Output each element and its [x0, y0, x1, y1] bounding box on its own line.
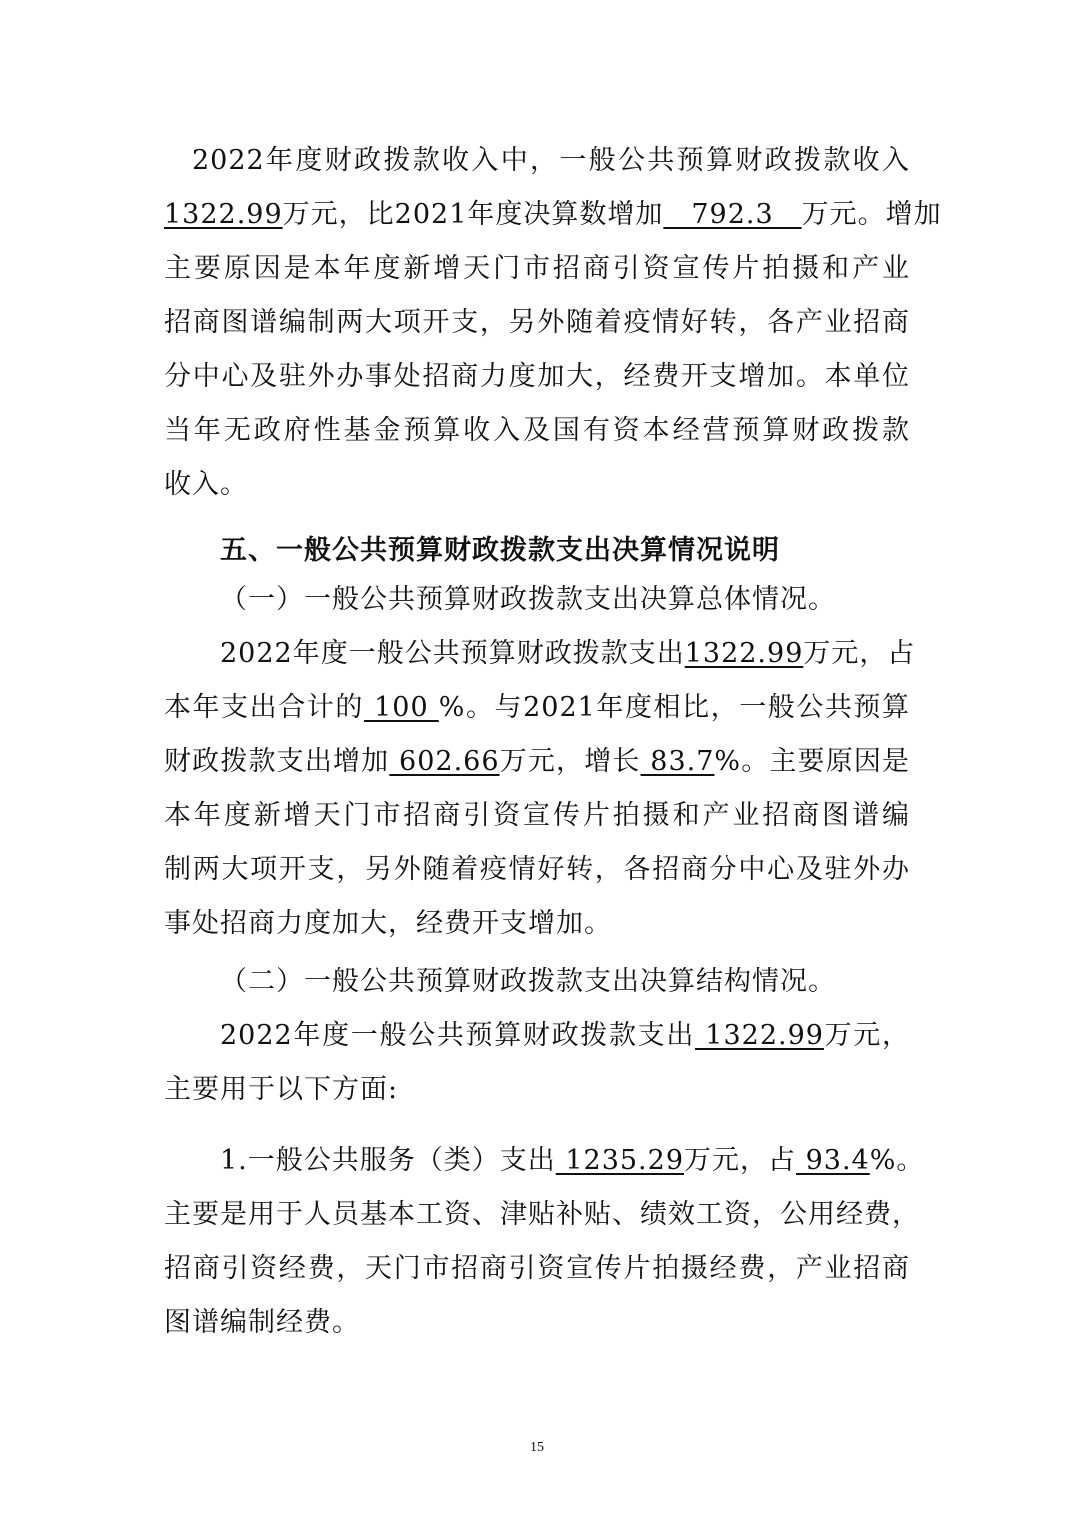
- text: 主要用于以下方面:: [164, 1074, 398, 1105]
- paragraph-line: 本年度新增天门市招商引资宣传片拍摄和产业招商图谱编: [164, 796, 910, 836]
- text: 2022年度一般公共预算财政拨款支出: [220, 1020, 695, 1051]
- paragraph-line: 2022年度财政拨款收入中，一般公共预算财政拨款收入: [164, 141, 910, 181]
- text: 1.一般公共服务（类）支出: [220, 1145, 556, 1176]
- underlined-amount: 1322.99: [695, 1020, 824, 1051]
- text: 万元。增加: [802, 199, 942, 230]
- section-heading: 五、一般公共预算财政拨款支出决算情况说明: [220, 531, 840, 571]
- paragraph-line: 制两大项开支，另外随着疫情好转，各招商分中心及驻外办: [164, 850, 910, 890]
- list-item-line: 招商引资经费，天门市招商引资宣传片拍摄经费，产业招商: [164, 1249, 910, 1289]
- subsection-heading: （二）一般公共预算财政拨款支出决算结构情况。: [220, 962, 860, 1002]
- underlined-amount: 1322.99: [685, 638, 804, 669]
- text: 万元，占: [684, 1145, 796, 1176]
- text: 招商图谱编制两大项开支，另外随着疫情好转，各产业招商: [164, 307, 910, 338]
- text: 万元，比2021年度决算数增加: [283, 199, 664, 230]
- text: 财政拨款支出增加: [164, 746, 389, 777]
- paragraph-line: 收入。: [164, 465, 910, 505]
- text: 收入。: [164, 469, 248, 500]
- paragraph-line: 事处招商力度加大，经费开支增加。: [164, 904, 910, 944]
- list-item-line: 图谱编制经费。: [164, 1303, 910, 1343]
- underlined-amount: 792.3: [663, 199, 801, 230]
- text: %。: [870, 1145, 925, 1176]
- underlined-amount: 1322.99: [164, 199, 283, 230]
- underlined-amount: 1235.29: [556, 1145, 684, 1176]
- paragraph-line: 主要用于以下方面:: [164, 1070, 910, 1110]
- underlined-percent: 100: [364, 692, 439, 723]
- document-page: 2022年度财政拨款收入中，一般公共预算财政拨款收入 1322.99万元，比20…: [0, 0, 1074, 1520]
- page-number: 15: [0, 1440, 1074, 1456]
- paragraph-line: 招商图谱编制两大项开支，另外随着疫情好转，各产业招商: [164, 303, 910, 343]
- text: 制两大项开支，另外随着疫情好转，各招商分中心及驻外办: [164, 854, 910, 885]
- text: 当年无政府性基金预算收入及国有资本经营预算财政拨款: [164, 415, 910, 446]
- text: %。与2021年度相比，一般公共预算: [439, 692, 910, 723]
- text: %。主要原因是: [714, 746, 910, 777]
- underlined-percent: 93.4: [796, 1145, 870, 1176]
- list-item-line: 主要是用于人员基本工资、津贴补贴、绩效工资，公用经费，: [164, 1195, 910, 1235]
- paragraph-line: 本年支出合计的 100 %。与2021年度相比，一般公共预算: [164, 688, 910, 728]
- paragraph-line: 1322.99万元，比2021年度决算数增加 792.3 万元。增加: [164, 195, 910, 235]
- text: 本年支出合计的: [164, 692, 364, 723]
- paragraph-line: 财政拨款支出增加 602.66万元，增长 83.7%。主要原因是: [164, 742, 910, 782]
- text: 图谱编制经费。: [164, 1307, 360, 1338]
- text: 本年度新增天门市招商引资宣传片拍摄和产业招商图谱编: [164, 800, 910, 831]
- underlined-percent: 83.7: [641, 746, 715, 777]
- text: 2022年度一般公共预算财政拨款支出: [220, 638, 685, 669]
- text: 万元，增长: [500, 746, 641, 777]
- text: 万元，占: [803, 638, 915, 669]
- text: 招商引资经费，天门市招商引资宣传片拍摄经费，产业招商: [164, 1253, 910, 1284]
- underlined-amount: 602.66: [389, 746, 499, 777]
- paragraph-line: 2022年度一般公共预算财政拨款支出1322.99万元，占: [164, 634, 910, 674]
- paragraph-line: 主要原因是本年度新增天门市招商引资宣传片拍摄和产业: [164, 249, 910, 289]
- text: 主要是用于人员基本工资、津贴补贴、绩效工资，公用经费，: [164, 1199, 920, 1230]
- text: 2022年度财政拨款收入中，一般公共预算财政拨款收入: [192, 145, 910, 176]
- paragraph-line: 分中心及驻外办事处招商力度加大，经费开支增加。本单位: [164, 357, 910, 397]
- paragraph-line: 2022年度一般公共预算财政拨款支出 1322.99万元，: [164, 1016, 910, 1056]
- paragraph-line: 当年无政府性基金预算收入及国有资本经营预算财政拨款: [164, 411, 910, 451]
- text: 分中心及驻外办事处招商力度加大，经费开支增加。本单位: [164, 361, 910, 392]
- text: 主要原因是本年度新增天门市招商引资宣传片拍摄和产业: [164, 253, 910, 284]
- subsection-heading: （一）一般公共预算财政拨款支出决算总体情况。: [220, 580, 860, 620]
- list-item-line: 1.一般公共服务（类）支出 1235.29万元，占 93.4%。: [164, 1141, 910, 1181]
- text: 事处招商力度加大，经费开支增加。: [164, 908, 612, 939]
- text: 万元，: [824, 1020, 910, 1051]
